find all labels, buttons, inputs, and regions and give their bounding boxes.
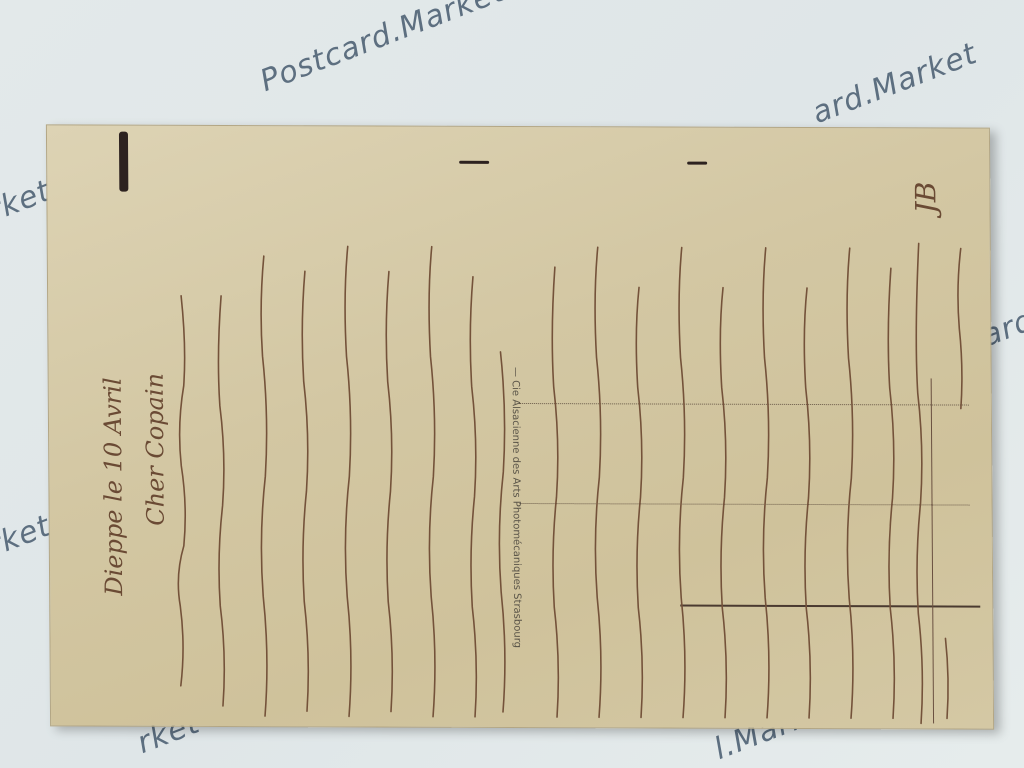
handwriting-lines — [47, 125, 993, 728]
postcard: — Cie Alsacienne des Arts Photomécanique… — [46, 124, 994, 729]
watermark-text: ard.Market — [807, 36, 982, 131]
watermark-text: rket — [0, 508, 56, 564]
watermark-text: Postcard.Market — [255, 0, 509, 99]
